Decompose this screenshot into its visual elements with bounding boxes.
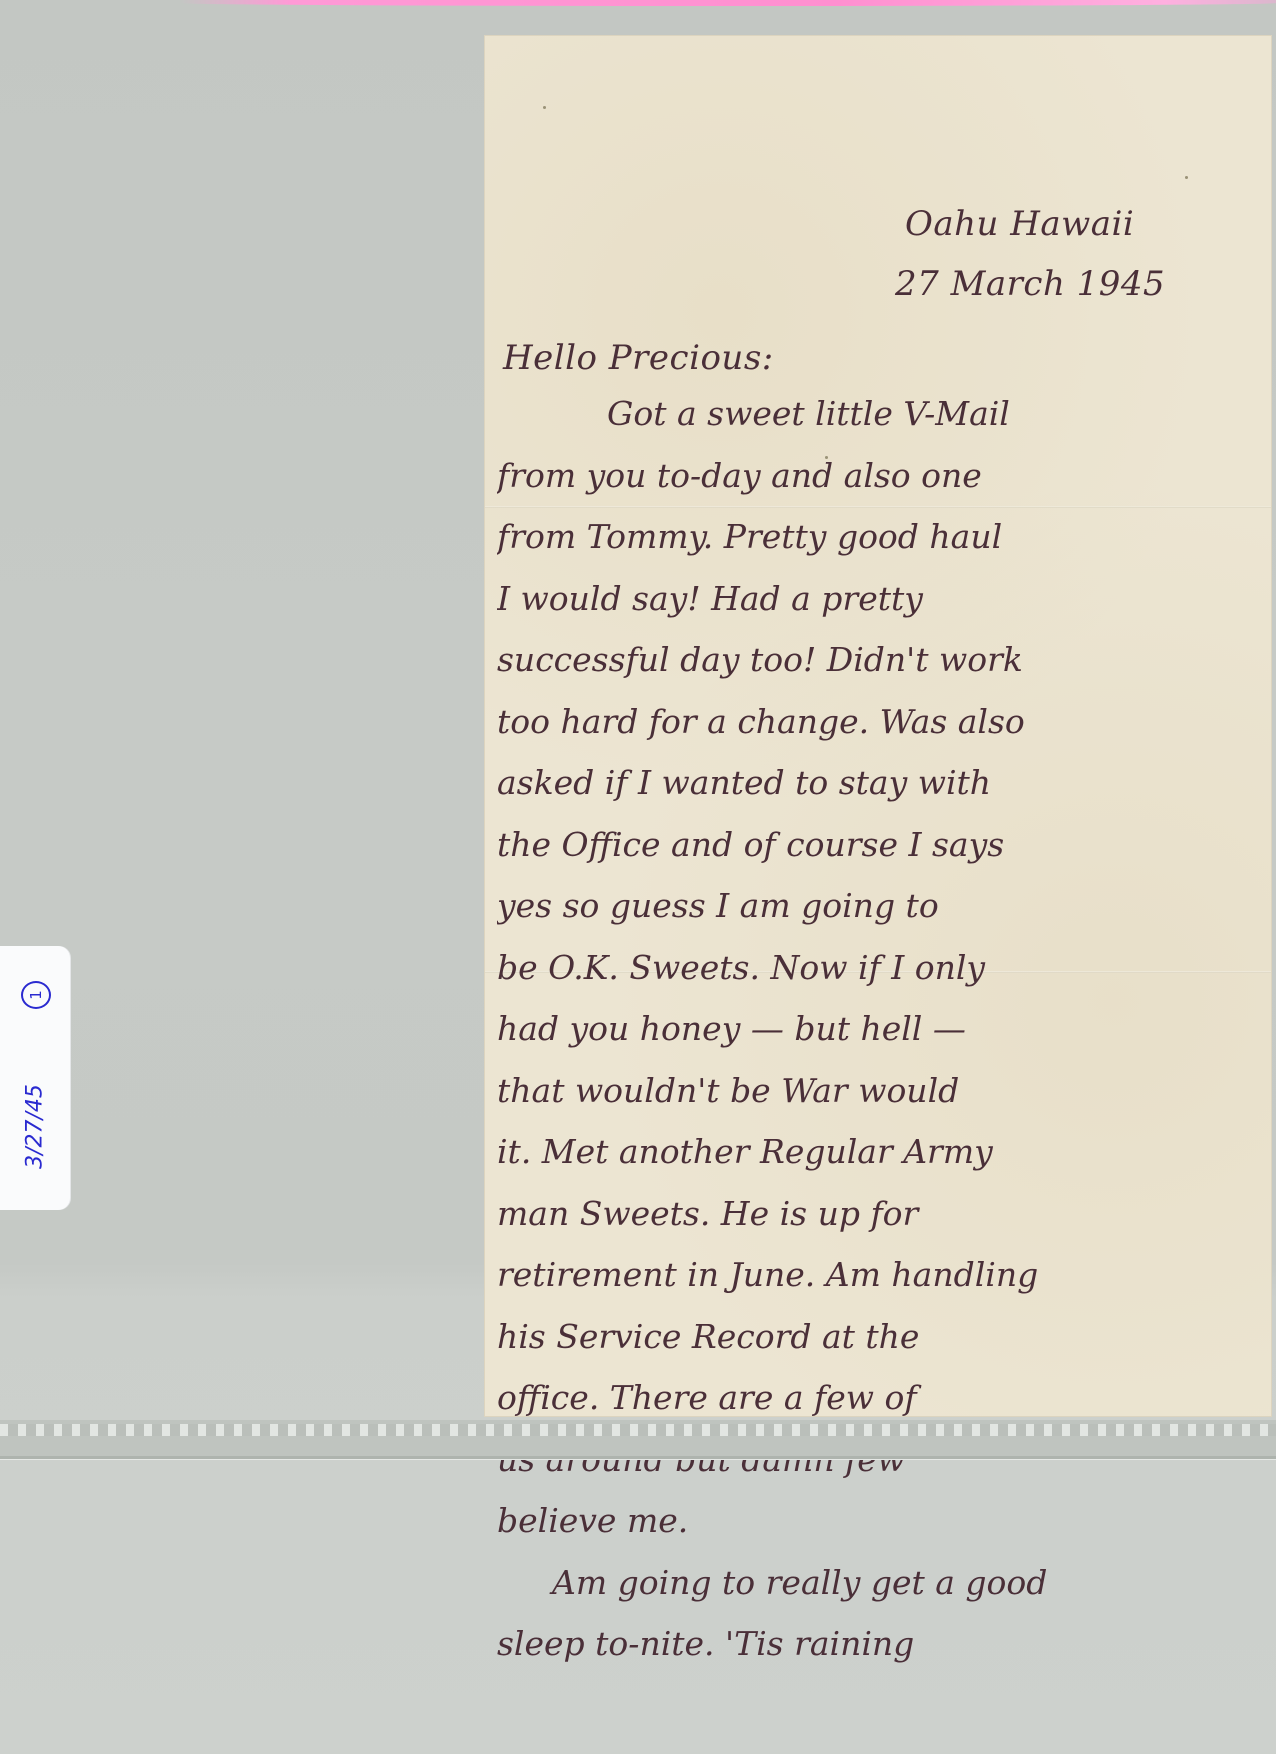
tab-page-number: 1: [21, 981, 51, 1009]
letter-line: Got a sweet little V-Mail: [497, 394, 1267, 456]
letter-line: I would say! Had a pretty: [497, 579, 1267, 641]
letter-line: yes so guess I am going to: [497, 886, 1267, 948]
letter-page: Oahu Hawaii 27 March 1945 Hello Precious…: [485, 36, 1271, 1416]
paper-speck: [543, 106, 546, 109]
tab-date: 3/27/45: [23, 1082, 48, 1172]
sleeve-perforations: [0, 1424, 1276, 1436]
letter-line: believe me.: [497, 1501, 1267, 1563]
letter-line: the Office and of course I says: [497, 825, 1267, 887]
letter-salutation: Hello Precious:: [503, 338, 774, 378]
letter-line: had you honey — but hell —: [497, 1009, 1267, 1071]
letter-line: Am going to really get a good: [497, 1563, 1267, 1625]
letter-line: be O.K. Sweets. Now if I only: [497, 948, 1267, 1010]
index-tab: 1 3/27/45: [0, 946, 70, 1210]
scan-artifact-streak: [180, 0, 1276, 6]
letter-line: sleep to-nite. 'Tis raining: [497, 1624, 1267, 1686]
letter-date: 27 March 1945: [895, 264, 1165, 304]
letter-place: Oahu Hawaii: [905, 204, 1134, 244]
letter-line: asked if I wanted to stay with: [497, 763, 1267, 825]
letter-line: successful day too! Didn't work: [497, 640, 1267, 702]
sleeve-edge: [0, 1456, 1276, 1459]
letter-line: retirement in June. Am handling: [497, 1255, 1267, 1317]
letter-body: Got a sweet little V-Mail from you to-da…: [497, 394, 1267, 1686]
letter-line: his Service Record at the: [497, 1317, 1267, 1379]
letter-line: too hard for a change. Was also: [497, 702, 1267, 764]
paper-speck: [1185, 176, 1188, 179]
letter-line: from you to-day and also one: [497, 456, 1267, 518]
letter-line: man Sweets. He is up for: [497, 1194, 1267, 1256]
letter-line: that wouldn't be War would: [497, 1071, 1267, 1133]
letter-line: it. Met another Regular Army: [497, 1132, 1267, 1194]
letter-line: from Tommy. Pretty good haul: [497, 517, 1267, 579]
